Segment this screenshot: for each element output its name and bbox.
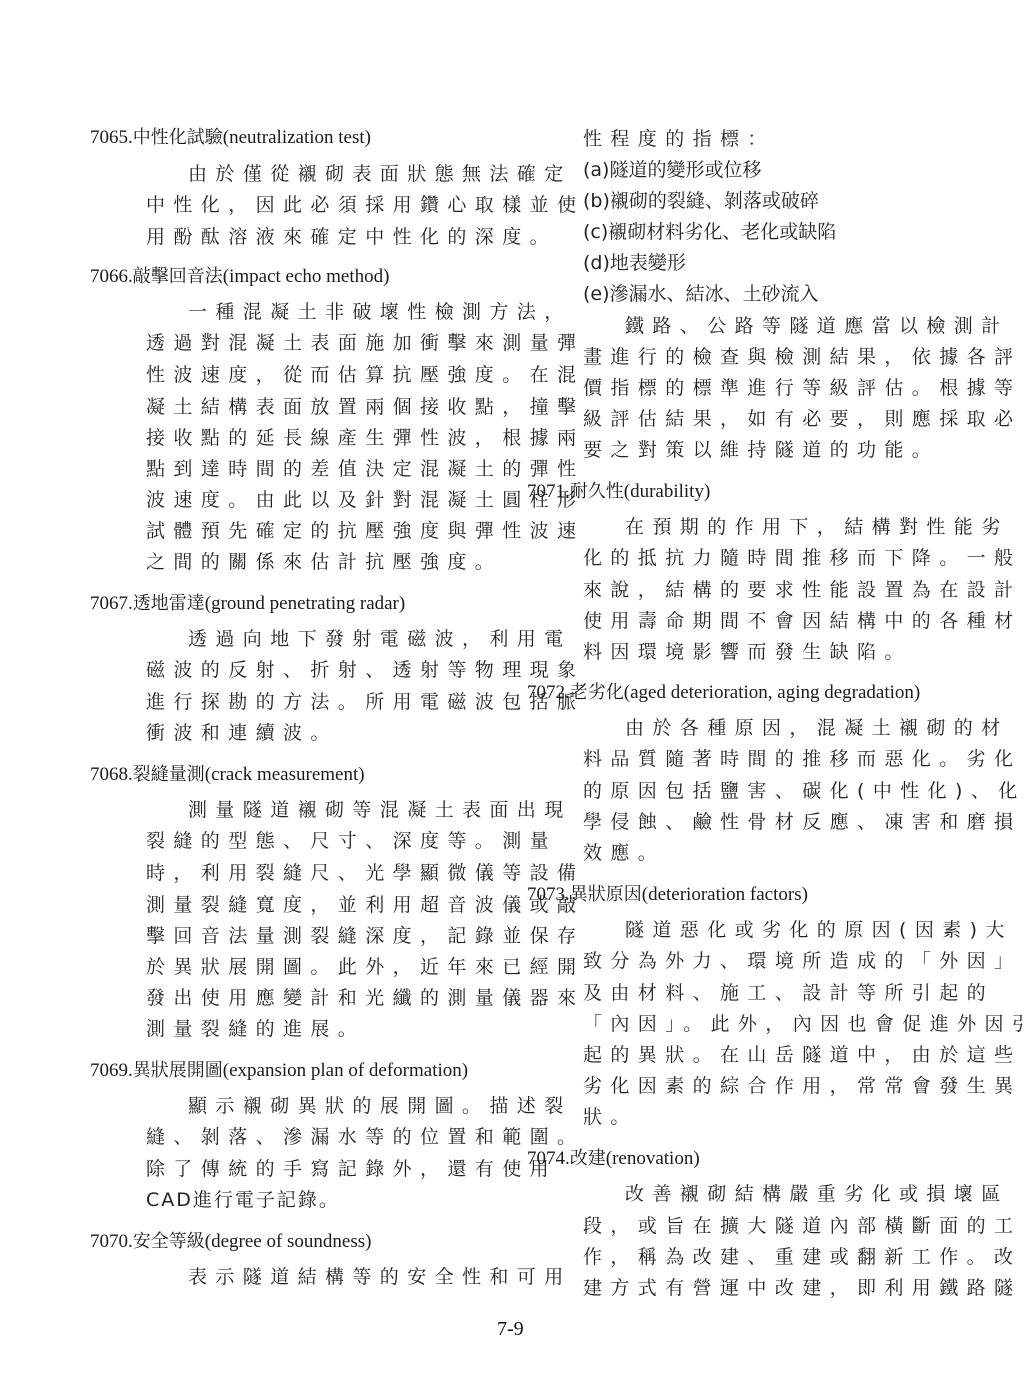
term-zh: 老劣化 [570, 682, 624, 703]
list-item: (a)隧道的變形或位移 [583, 158, 761, 182]
body-line: 效應。 [583, 841, 665, 865]
entry-number: 7068. [90, 764, 133, 785]
entry-heading-7072: 7072.老劣化(aged deterioration, aging degra… [527, 681, 920, 705]
body-line: 表示隧道結構等的安全性和可用 [188, 1265, 572, 1289]
body-line: 接收點的延長線產生彈性波，根據兩 [146, 426, 584, 450]
body-line: 使用壽命期間不會因結構中的各種材 [583, 609, 1021, 633]
body-line: 縫、剝落、滲漏水等的位置和範圍。 [146, 1125, 584, 1149]
term-zh: 耐久性 [570, 481, 624, 502]
body-line: 價指標的標準進行等級評估。根據等 [583, 376, 1021, 400]
list-item: (d)地表變形 [583, 251, 686, 275]
body-line: 由於僅從襯砌表面狀態無法確定 [188, 162, 572, 186]
body-line: 性程度的指標： [583, 127, 775, 151]
body-line: 除了傳統的手寫記錄外，還有使用 [146, 1157, 557, 1181]
body-line: 透過對混凝土表面施加衝擊來測量彈 [146, 331, 584, 355]
body-line: 段，或旨在擴大隧道內部橫斷面的工 [583, 1214, 1021, 1238]
body-line: 要之對策以維持隧道的功能。 [583, 438, 939, 462]
body-line: 測量裂縫寬度，並利用超音波儀或敲 [146, 893, 584, 917]
term-en: (degree of soundness) [205, 1231, 372, 1252]
body-line: 作，稱為改建、重建或翻新工作。改 [583, 1245, 1021, 1269]
entry-number: 7074. [527, 1148, 570, 1169]
body-line: 由於各種原因，混凝土襯砌的材 [625, 716, 1009, 740]
term-zh: 異狀原因 [570, 884, 642, 905]
term-zh: 異狀展開圖 [133, 1060, 223, 1081]
body-line: 凝土結構表面放置兩個接收點，撞擊 [146, 395, 584, 419]
term-en: (aged deterioration, aging degradation) [624, 682, 921, 703]
entry-heading-7074: 7074.改建(renovation) [527, 1147, 700, 1171]
term-en: (expansion plan of deformation) [223, 1060, 468, 1081]
entry-number: 7073. [527, 884, 570, 905]
body-line: 中性化，因此必須採用鑽心取樣並使 [146, 193, 584, 217]
entry-heading-7070: 7070.安全等級(degree of soundness) [90, 1230, 371, 1254]
entry-number: 7069. [90, 1060, 133, 1081]
body-line: 用酚酞溶液來確定中性化的深度。 [146, 225, 557, 249]
list-item: (e)滲漏水、結冰、土砂流入 [583, 282, 819, 306]
body-line: 建方式有營運中改建，即利用鐵路隧 [583, 1276, 1021, 1300]
entry-heading-7071: 7071.耐久性(durability) [527, 480, 710, 504]
body-line: 學侵蝕、鹼性骨材反應、凍害和磨損 [583, 810, 1021, 834]
body-line: 測量裂縫的進展。 [146, 1017, 365, 1041]
entry-number: 7072. [527, 682, 570, 703]
body-line: 裂縫的型態、尺寸、深度等。測量 [146, 829, 557, 853]
entry-heading-7067: 7067.透地雷達(ground penetrating radar) [90, 592, 405, 616]
entry-number: 7071. [527, 481, 570, 502]
body-line: 點到達時間的差值決定混凝土的彈性 [146, 457, 584, 481]
page-number: 7-9 [497, 1318, 524, 1341]
body-line: 發出使用應變計和光纖的測量儀器來 [146, 986, 584, 1010]
body-line: 擊回音法量測裂縫深度，記錄並保存 [146, 924, 584, 948]
term-zh: 中性化試驗 [133, 127, 223, 148]
body-line: 改善襯砌結構嚴重劣化或損壞區 [625, 1182, 1009, 1206]
body-line: 狀。 [583, 1105, 638, 1129]
body-line: 進行探勘的方法。所用電磁波包括脈 [146, 690, 584, 714]
body-line: CAD進行電子記錄。 [146, 1188, 340, 1212]
list-item: (b)襯砌的裂縫、剝落或破碎 [583, 189, 819, 213]
entry-number: 7067. [90, 593, 133, 614]
term-en: (ground penetrating radar) [205, 593, 405, 614]
body-line: 一種混凝土非破壞性檢測方法， [188, 300, 572, 324]
body-line: 波速度。由此以及針對混凝土圓柱形 [146, 488, 584, 512]
body-line: 隧道惡化或劣化的原因(因素)大 [625, 918, 1013, 942]
body-line: 來說，結構的要求性能設置為在設計 [583, 578, 1021, 602]
body-line: 畫進行的檢查與檢測結果，依據各評 [583, 345, 1021, 369]
body-line: 劣化因素的綜合作用，常常會發生異 [583, 1074, 1021, 1098]
entry-heading-7069: 7069.異狀展開圖(expansion plan of deformation… [90, 1059, 468, 1083]
term-zh: 安全等級 [133, 1231, 205, 1252]
term-en: (impact echo method) [223, 266, 390, 287]
entry-number: 7065. [90, 127, 133, 148]
body-line: 料品質隨著時間的推移而惡化。劣化 [583, 747, 1021, 771]
term-en: (crack measurement) [205, 764, 365, 785]
body-line: 時，利用裂縫尺、光學顯微儀等設備 [146, 861, 584, 885]
body-line: 試體預先確定的抗壓強度與彈性波速 [146, 519, 584, 543]
term-en: (deterioration factors) [642, 884, 808, 905]
term-en: (durability) [624, 481, 711, 502]
body-line: 性波速度，從而估算抗壓強度。在混 [146, 363, 584, 387]
body-line: 料因環境影響而發生缺陷。 [583, 640, 912, 664]
entry-heading-7066: 7066.敲擊回音法(impact echo method) [90, 265, 389, 289]
term-en: (renovation) [606, 1148, 700, 1169]
body-line: 顯示襯砌異狀的展開圖。描述裂 [188, 1094, 572, 1118]
term-zh: 裂縫量測 [133, 764, 205, 785]
entry-heading-7073: 7073.異狀原因(deterioration factors) [527, 883, 808, 907]
list-item: (c)襯砌材料劣化、老化或缺陷 [583, 220, 836, 244]
body-line: 化的抵抗力隨時間推移而下降。一般 [583, 546, 1021, 570]
term-en: (neutralization test) [223, 127, 371, 148]
body-line: 「內因」。此外，內因也會促進外因引 [583, 1012, 1024, 1036]
body-line: 磁波的反射、折射、透射等物理現象 [146, 658, 584, 682]
body-line: 鐵路、公路等隧道應當以檢測計 [625, 314, 1009, 338]
body-line: 起的異狀。在山岳隧道中，由於這些 [583, 1043, 1021, 1067]
term-zh: 透地雷達 [133, 593, 205, 614]
document-page: 7065.中性化試驗(neutralization test) 由於僅從襯砌表面… [0, 0, 1024, 1400]
body-line: 於異狀展開圖。此外，近年來已經開 [146, 955, 584, 979]
term-zh: 改建 [570, 1148, 606, 1169]
body-line: 的原因包括鹽害、碳化(中性化)、化 [583, 779, 1024, 803]
body-line: 衝波和連續波。 [146, 721, 338, 745]
body-line: 及由材料、施工、設計等所引起的 [583, 981, 994, 1005]
body-line: 致分為外力、環境所造成的「外因」 [583, 949, 1021, 973]
term-zh: 敲擊回音法 [133, 266, 223, 287]
body-line: 在預期的作用下，結構對性能劣 [625, 515, 1009, 539]
body-line: 級評估結果，如有必要，則應採取必 [583, 407, 1021, 431]
entry-heading-7065: 7065.中性化試驗(neutralization test) [90, 126, 371, 150]
body-line: 之間的關係來估計抗壓強度。 [146, 550, 502, 574]
body-line: 測量隧道襯砌等混凝土表面出現 [188, 798, 572, 822]
entry-number: 7066. [90, 266, 133, 287]
entry-number: 7070. [90, 1231, 133, 1252]
body-line: 透過向地下發射電磁波，利用電 [188, 627, 572, 651]
entry-heading-7068: 7068.裂縫量測(crack measurement) [90, 763, 365, 787]
